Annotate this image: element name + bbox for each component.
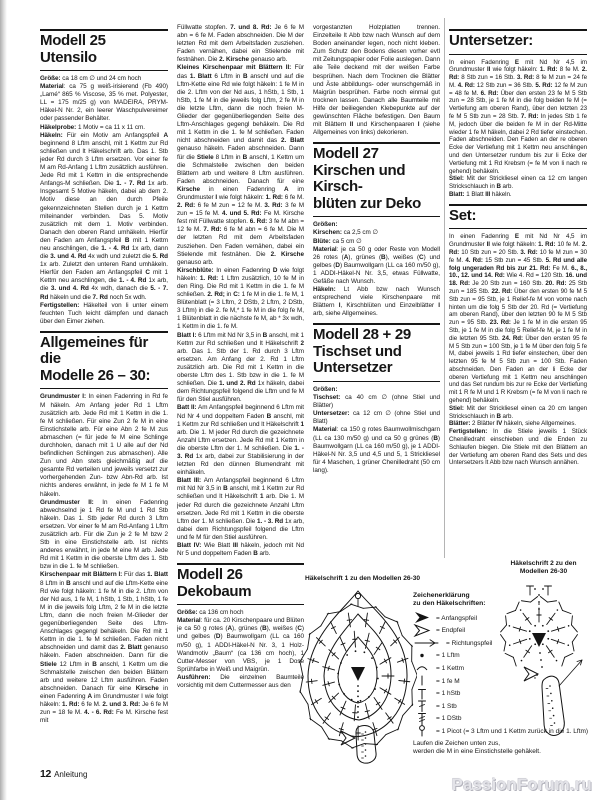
paragraph: Größe: ca 18 cm ∅ und 24 cm hoch: [40, 75, 168, 83]
legend-item-label: = 1 hStb: [436, 690, 460, 697]
section-heading: Modell 26Dekobaum: [177, 567, 304, 600]
section-rule-thin: [449, 54, 587, 55]
paragraph: Blatt I: 6 Lftm mit Nd Nr 3,5 in B ansch…: [177, 332, 304, 405]
legend-item-label: = 1 Lftm: [436, 652, 460, 659]
paragraph: Grundmuster II: In einen Fadenring abwec…: [40, 499, 168, 572]
text-column-2: Füllwatte stopfen. 7. und 8. Rd: Je 6 fe…: [177, 24, 304, 760]
section-rule-thin: [313, 381, 440, 382]
paragraph: Material: je ca 50 g oder Reste von Mode…: [313, 246, 440, 286]
paragraph: Ausführen: Die einzelnen Baumteile vorsi…: [177, 674, 304, 690]
paragraph: Füllwatte stopfen. 7. und 8. Rd: Je 6 fe…: [177, 24, 304, 64]
section-heading: Modell 27Kirschen und Kirsch-blüten zur …: [313, 146, 440, 212]
paragraph: Blatt IV: Wie Blatt III häkeln, jedoch m…: [177, 542, 304, 558]
chart1-title: Häkelschrift 1 zu den Modellen 26-30: [305, 575, 455, 583]
paragraph: Grundmuster I: In einen Fadenring in Rd …: [40, 393, 168, 498]
section-rule-thick: [313, 142, 440, 144]
paragraph: Tischset: ca 40 cm ∅ (ohne Stiel und Blä…: [313, 394, 440, 410]
picot-icon: [413, 724, 431, 738]
legend-item-label: = 1 DStb: [436, 715, 461, 722]
page-number: 12: [40, 768, 51, 780]
scan-crease-line: [444, 18, 445, 558]
section-heading: Allgemeines für dieModelle 26 – 30:: [40, 335, 168, 385]
paragraph: Blatt: 1 Blatt III häkeln.: [449, 191, 587, 199]
section-rule-thin: [40, 388, 168, 389]
paragraph: Fertigstellen: Häkelteil von li unter ei…: [40, 302, 168, 326]
text-column-4: Untersetzer:In einen Fadenring E mit Nd …: [449, 24, 587, 558]
text-column-3: vorgestanzten Holzplatten trennen. Einze…: [313, 24, 440, 554]
legend-item: = Anfangspfeil: [413, 612, 591, 625]
section-rule-thick: [449, 29, 587, 31]
paragraph: Material: für ca. 20 Kirschenpaare und B…: [177, 617, 304, 674]
section-heading: Modell 25Utensilo: [40, 33, 168, 66]
section-rule-thick: [449, 204, 587, 206]
legend-item-label: = Richtungspfeil: [446, 640, 492, 647]
legend-item: = 1 fe M: [413, 675, 591, 688]
legend-item: = 1 DStb: [413, 713, 591, 726]
paragraph: Fertigstellen: In die Stiele jeweils 1 S…: [449, 428, 587, 467]
legend-title: Zeichenerklärungzu den Häkelschriften:: [413, 592, 591, 609]
paragraph: Größen:: [313, 221, 440, 229]
legend-note: Laufen die Zeichen unten zus,werden die …: [413, 740, 591, 756]
section-rule-thick: [40, 29, 168, 31]
section-rule-thin: [40, 70, 168, 71]
section-rule-thin: [449, 228, 587, 229]
paragraph: Kirschen: ca 2,5 cm ∅: [313, 229, 440, 237]
page-footer-label: Anleitung: [54, 770, 87, 779]
paragraph: Blüte: ca 5 cm ∅: [313, 238, 440, 246]
text-column-1: Modell 25UtensiloGröße: ca 18 cm ∅ und 2…: [40, 24, 168, 756]
paragraph: Untersetzer: ca 12 cm ∅ (ohne Stiel und …: [313, 410, 440, 426]
paragraph: Größen:: [313, 386, 440, 394]
watermark: PassionForum.ru: [452, 776, 592, 795]
paragraph: Material: ca 150 g rotes Baumwollmischga…: [313, 426, 440, 475]
legend-item-label: = Anfangspfeil: [436, 615, 477, 622]
section-rule-thin: [313, 216, 440, 217]
section-rule-thick: [313, 323, 440, 325]
haekelschrift-1-diagram: [299, 584, 417, 771]
legend-item: = Richtungspfeil: [413, 637, 591, 650]
section-rule-thick: [40, 331, 168, 333]
legend-item-label: = 1 Kettm: [436, 665, 464, 672]
paragraph: Kleines Kirschenpaar mit Blättern II: Fü…: [177, 64, 304, 266]
magazine-page: Modell 25UtensiloGröße: ca 18 cm ∅ und 2…: [0, 0, 600, 800]
paragraph: Stiel: Mit der Strickliesel einen ca 12 …: [449, 175, 587, 191]
section-rule-thin: [177, 604, 304, 605]
legend-item: = 1 Kettm: [413, 662, 591, 675]
chart2-title: Häkelschrift 2 zu denModellen 26-30: [495, 560, 592, 576]
legend-item: = 1 Stb: [413, 700, 591, 713]
paragraph: Häkeln: Lt Abb bzw nach Wunsch entsprech…: [313, 286, 440, 318]
section-heading: Untersetzer:: [449, 33, 587, 50]
paragraph: Häkelprobe: 1 Motiv = ca 11 x 11 cm.: [40, 124, 168, 132]
paragraph: Kirschblüte: In einen Fadenring D wie fo…: [177, 267, 304, 332]
legend-item-label: = 1 fe M: [436, 678, 460, 685]
legend-item-label: = 1 Picot (= 3 Lftm und 1 Kettm zurück i…: [436, 728, 588, 735]
paragraph: In einen Fadenring E mit Nd Nr 4,5 im Gr…: [449, 59, 587, 176]
section-heading: Set:: [449, 208, 587, 225]
paragraph: Batt II: Am Anfangspfeil beginnend 6 Lft…: [177, 404, 304, 477]
legend-item: = 1 Lftm: [413, 650, 591, 663]
paragraph: Häkeln: Für ein Motiv am Anfangspfeil A …: [40, 132, 168, 302]
legend-item-label: = Endpfeil: [436, 627, 465, 634]
paragraph: Stiel: Mit der Strickliesel einen ca 20 …: [449, 405, 587, 421]
legend-item: = 1 Picot (= 3 Lftm und 1 Kettm zurück i…: [413, 725, 591, 738]
section-heading: Modell 28 + 29Tischset undUntersetzer: [313, 327, 440, 377]
paragraph: Blätter: 2 Blätter IV häkeln, siehe Allg…: [449, 420, 587, 428]
paragraph: vorgestanzten Holzplatten trennen. Einze…: [313, 24, 440, 137]
chart-legend: Zeichenerklärungzu den Häkelschriften: =…: [413, 592, 591, 756]
section-rule-thick: [177, 563, 304, 565]
paragraph: Blatt III: Am Anfangspfeil beginnend 6 L…: [177, 477, 304, 542]
paragraph: Größe: ca 136 cm hoch: [177, 609, 304, 617]
paragraph: In einen Fadenring E mit Nd Nr 4,5 im Gr…: [449, 233, 587, 405]
legend-item: = 1 hStb: [413, 687, 591, 700]
page-footer: 12Anleitung: [40, 764, 87, 782]
paragraph: Kirschenpaar mit Blättern I: Für das 1. …: [40, 571, 168, 725]
legend-item: = Endpfeil: [413, 624, 591, 637]
scan-edge-shadow: [0, 0, 7, 800]
paragraph: Material: ca 75 g weiß-irisierend (Fb 49…: [40, 83, 168, 123]
legend-item-label: = 1 Stb: [436, 703, 457, 710]
